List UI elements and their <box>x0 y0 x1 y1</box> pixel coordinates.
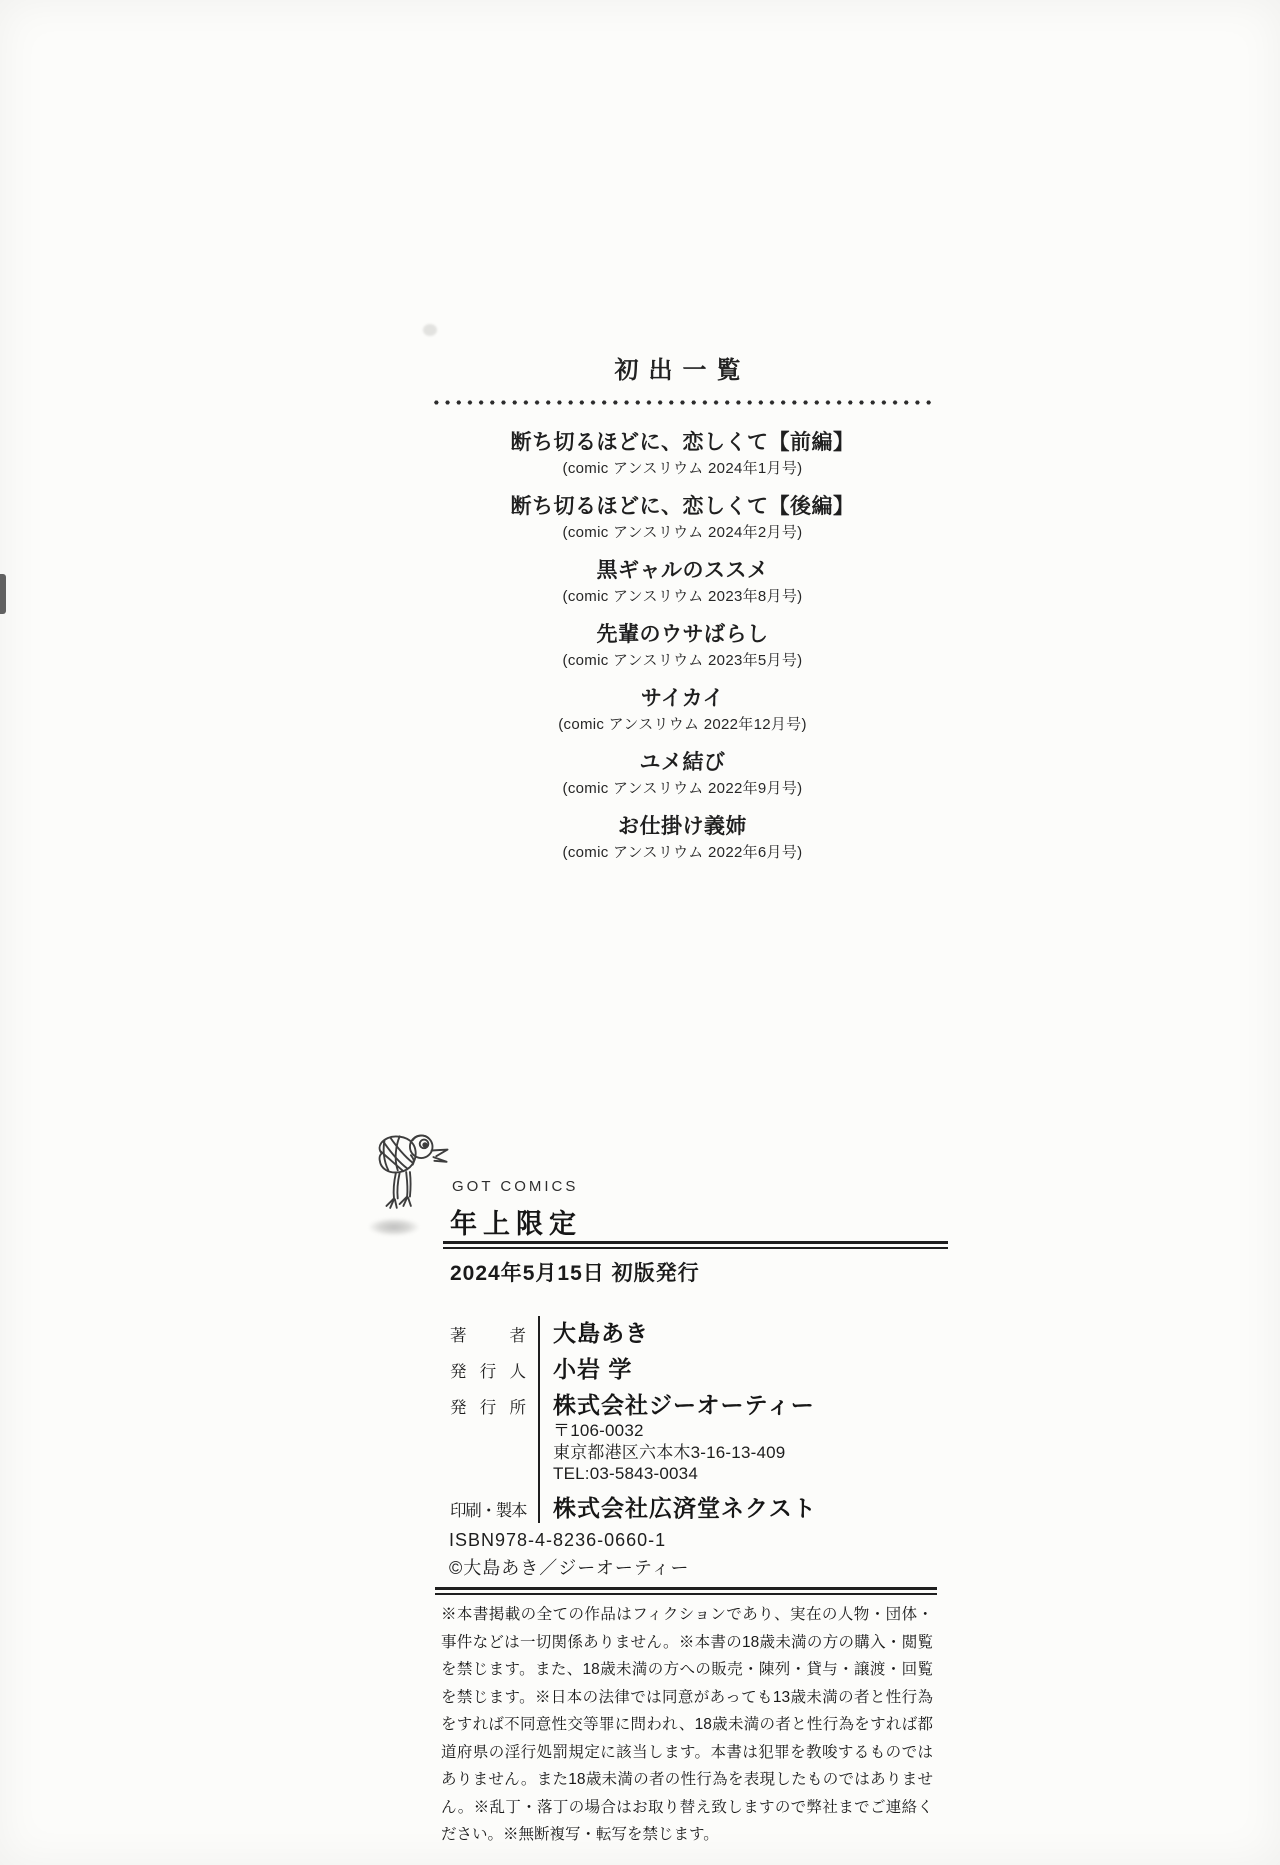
divider-rule-top <box>443 1241 948 1249</box>
printer-company: 株式会社広済堂ネクスト <box>553 1491 920 1523</box>
publication-entry: 先輩のウサばらし (comic アンスリウム 2023年5月号) <box>430 620 935 672</box>
book-title: 年上限定 <box>450 1202 582 1241</box>
first-publication-section: 初出一覧 断ち切るほどに、恋しくて【前編】 (comic アンスリウム 2024… <box>430 350 935 876</box>
dotted-divider <box>430 399 935 406</box>
entry-title: 黒ギャルのススメ <box>430 556 935 586</box>
scan-artifact-left-edge <box>0 574 6 614</box>
scan-artifact-dot <box>423 324 437 336</box>
publication-entry: 断ち切るほどに、恋しくて【後編】 (comic アンスリウム 2024年2月号) <box>430 492 935 544</box>
credit-label: 発 行 所 <box>450 1388 526 1491</box>
publisher-postal: 〒106-0032 <box>553 1420 920 1442</box>
publisher-tel: TEL:03-5843-0034 <box>553 1463 920 1485</box>
entry-source: (comic アンスリウム 2023年8月号) <box>430 586 935 608</box>
entry-title: サイカイ <box>430 684 935 714</box>
entry-title: 先輩のウサばらし <box>430 620 935 650</box>
publisher-person-name: 小岩 学 <box>553 1352 920 1384</box>
entry-source: (comic アンスリウム 2022年12月号) <box>430 714 935 736</box>
copyright-text: ©大島あき／ジーオーティー <box>449 1554 689 1580</box>
publication-entry: サイカイ (comic アンスリウム 2022年12月号) <box>430 684 935 736</box>
entry-source: (comic アンスリウム 2024年1月号) <box>430 458 935 480</box>
imprint-label: GOT COMICS <box>452 1178 578 1195</box>
author-name: 大島あき <box>553 1316 920 1348</box>
credit-row-printer: 印刷・製本 株式会社広済堂ネクスト <box>450 1491 920 1523</box>
credits-table: 著 者 大島あき 発 行 人 小岩 学 発 行 所 株式会社ジーオーティー 〒1… <box>450 1316 920 1523</box>
credit-value: 株式会社ジーオーティー 〒106-0032 東京都港区六本木3-16-13-40… <box>538 1388 920 1491</box>
credit-value: 大島あき <box>538 1316 920 1352</box>
credit-row-publisher: 発 行 所 株式会社ジーオーティー 〒106-0032 東京都港区六本木3-16… <box>450 1388 920 1491</box>
credit-value: 小岩 学 <box>538 1352 920 1388</box>
entry-source: (comic アンスリウム 2022年9月号) <box>430 778 935 800</box>
entry-source: (comic アンスリウム 2024年2月号) <box>430 522 935 544</box>
edition-date: 2024年5月15日 初版発行 <box>450 1257 700 1287</box>
credit-label: 印刷・製本 <box>450 1491 526 1523</box>
entry-title: お仕掛け義姉 <box>430 812 935 842</box>
publication-entry: お仕掛け義姉 (comic アンスリウム 2022年6月号) <box>430 812 935 864</box>
got-comics-bird-icon <box>362 1126 456 1222</box>
colophon-page: 初出一覧 断ち切るほどに、恋しくて【前編】 (comic アンスリウム 2024… <box>0 0 1280 1865</box>
entry-title: 断ち切るほどに、恋しくて【前編】 <box>430 428 935 458</box>
credit-row-publisher-person: 発 行 人 小岩 学 <box>450 1352 920 1388</box>
credit-value: 株式会社広済堂ネクスト <box>538 1491 920 1523</box>
isbn-text: ISBN978-4-8236-0660-1 <box>449 1530 666 1551</box>
publisher-address: 東京都港区六本木3-16-13-409 <box>553 1442 920 1464</box>
entry-source: (comic アンスリウム 2022年6月号) <box>430 842 935 864</box>
divider-rule-bottom <box>435 1587 937 1595</box>
ink-smudge <box>368 1218 420 1236</box>
credit-row-author: 著 者 大島あき <box>450 1316 920 1352</box>
credit-label: 発 行 人 <box>450 1352 526 1388</box>
publication-entry: ユメ結び (comic アンスリウム 2022年9月号) <box>430 748 935 800</box>
credit-label: 著 者 <box>450 1316 526 1352</box>
entry-title: ユメ結び <box>430 748 935 778</box>
entry-title: 断ち切るほどに、恋しくて【後編】 <box>430 492 935 522</box>
first-publication-title: 初出一覧 <box>430 350 935 385</box>
publication-entry: 断ち切るほどに、恋しくて【前編】 (comic アンスリウム 2024年1月号) <box>430 428 935 480</box>
entry-source: (comic アンスリウム 2023年5月号) <box>430 650 935 672</box>
publication-entry: 黒ギャルのススメ (comic アンスリウム 2023年8月号) <box>430 556 935 608</box>
disclaimer-text: ※本書掲載の全ての作品はフィクションであり、実在の人物・団体・事件などは一切関係… <box>441 1601 933 1849</box>
publisher-company: 株式会社ジーオーティー <box>553 1388 920 1420</box>
